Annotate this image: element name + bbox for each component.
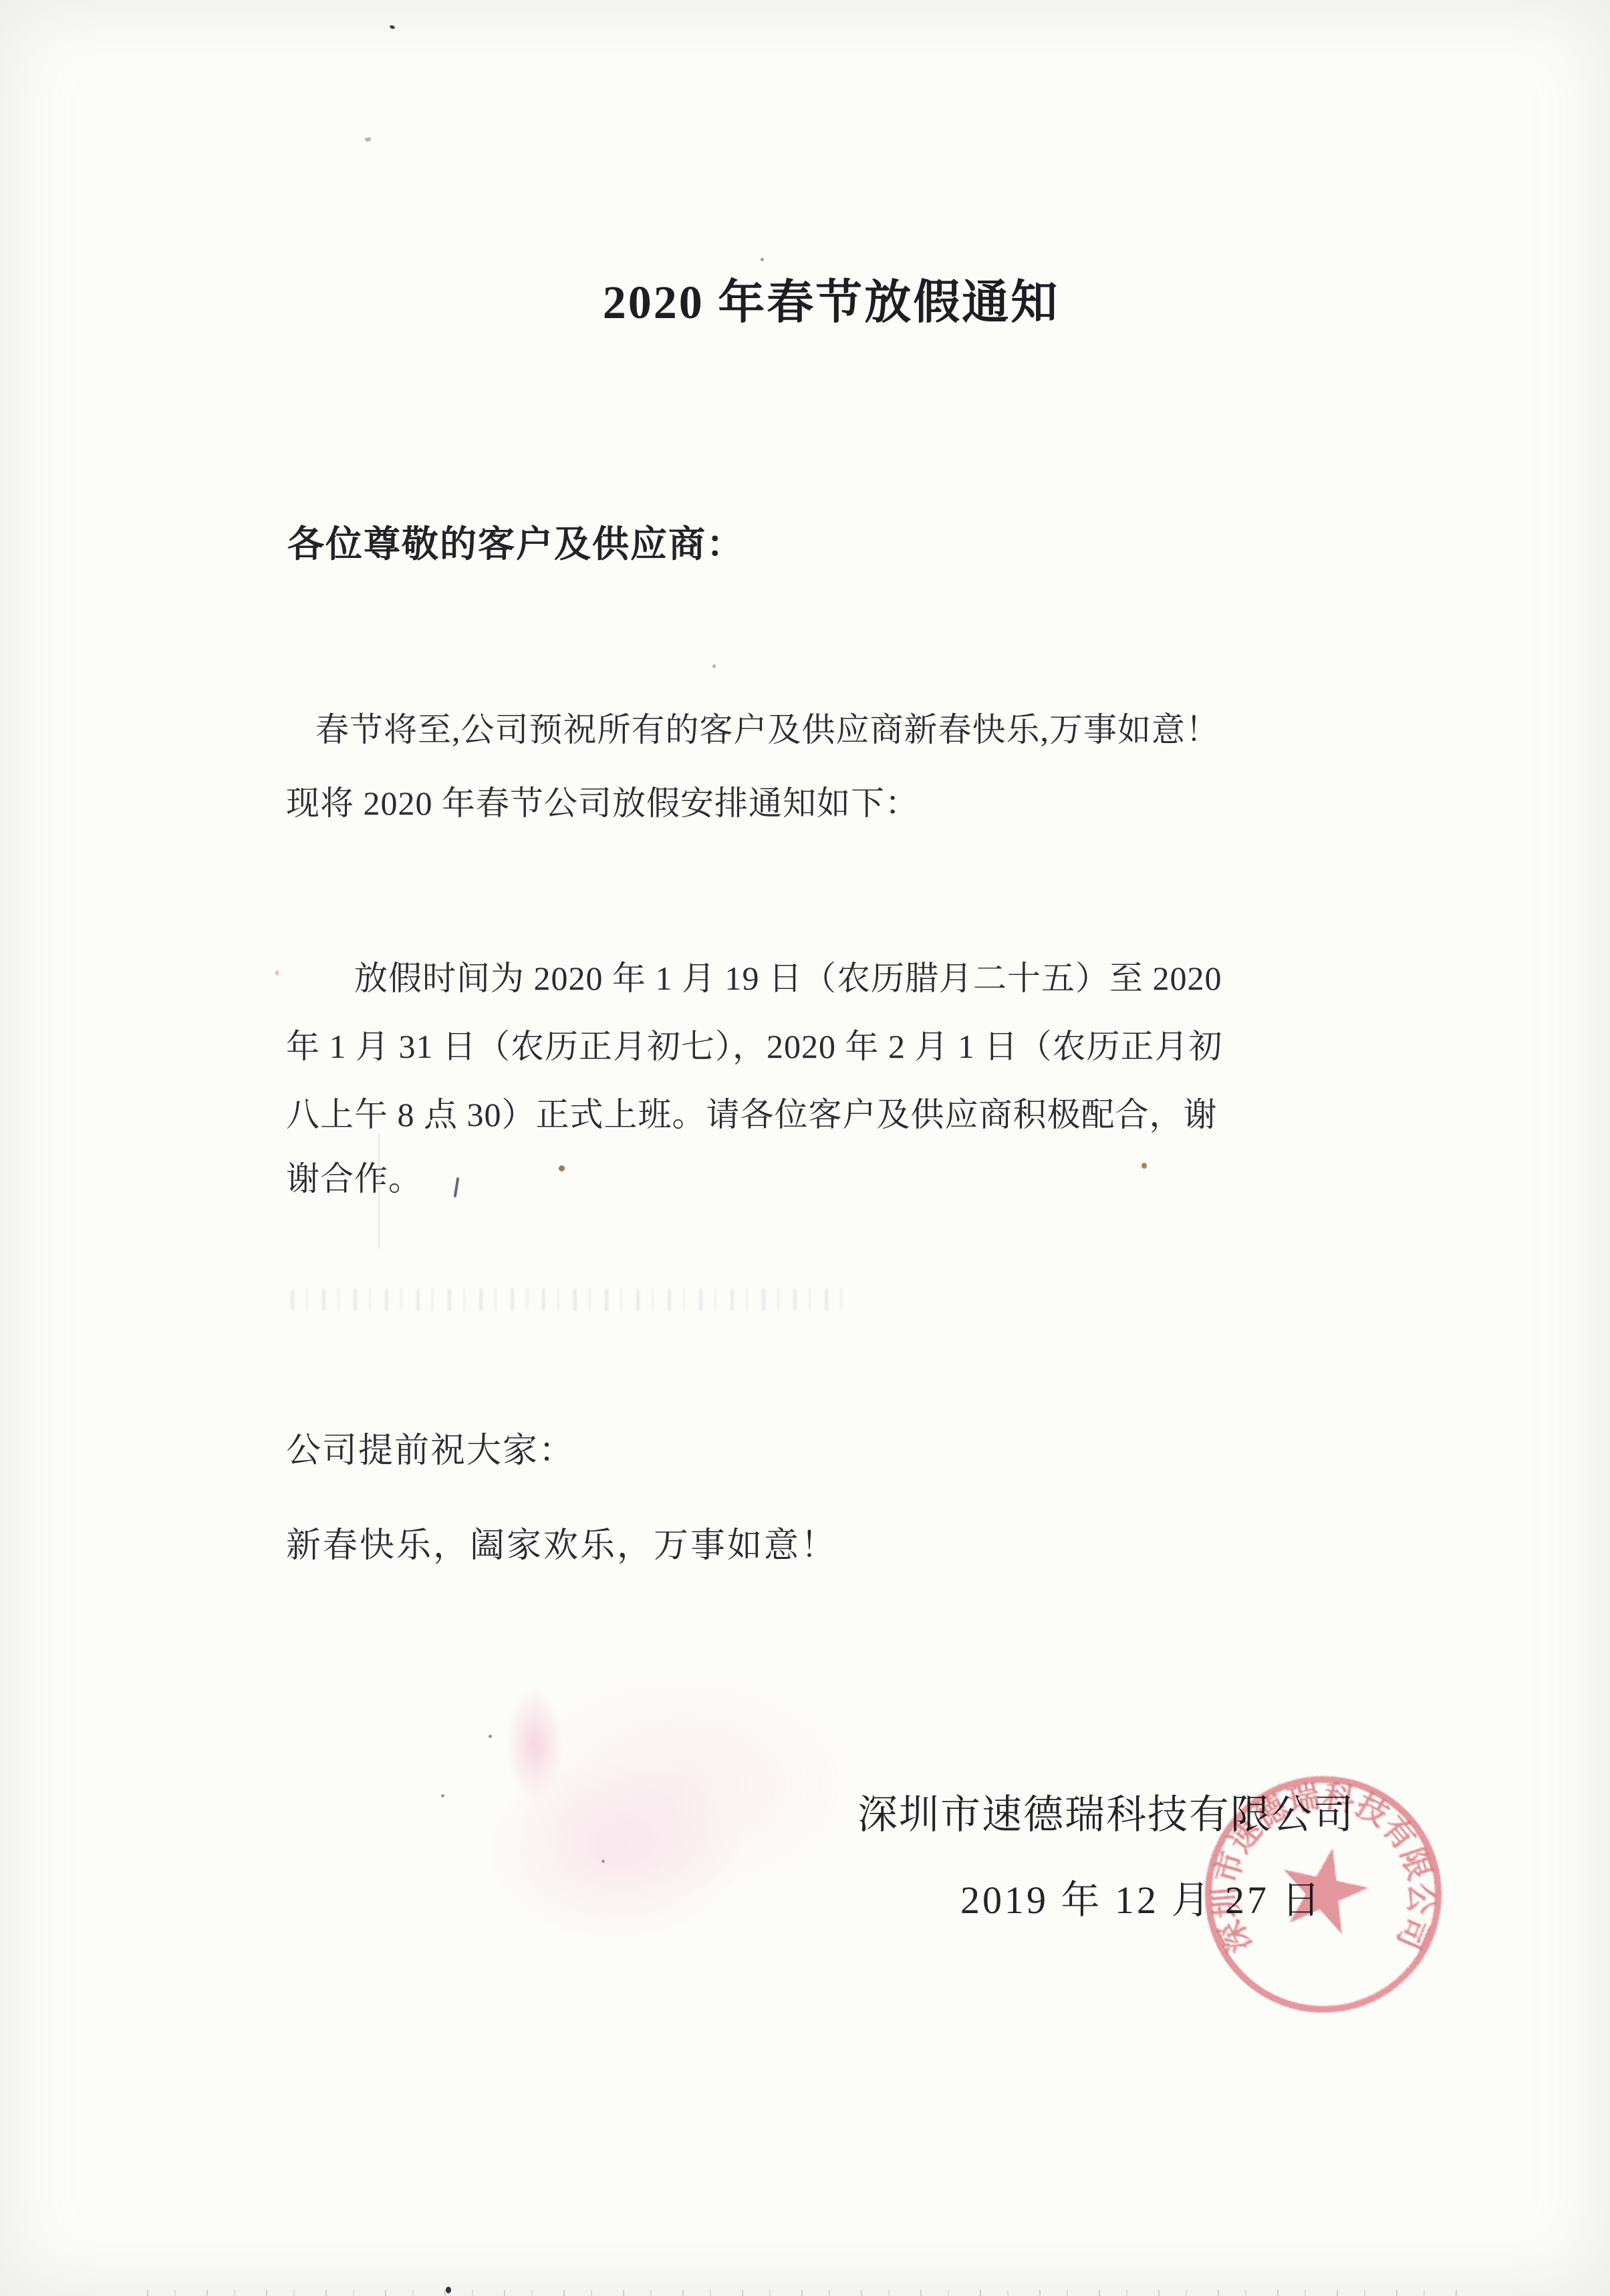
scan-speck — [1142, 1163, 1147, 1169]
scan-speck — [454, 1177, 460, 1197]
scan-speck — [601, 1860, 605, 1863]
pink-ink-smudge — [401, 1630, 909, 1945]
company-stamp: 深圳市速德瑞科技有限公司 — [1183, 1754, 1464, 2035]
paragraph2-line3: 八上午 8 点 30）正式上班。请各位客户及供应商积极配合，谢 — [286, 1088, 1218, 1136]
paragraph2-line2: 年 1 月 31 日（农历正月初七），2020 年 2 月 1 日（农历正月初 — [286, 1020, 1223, 1068]
closing-wish-line: 新春快乐，阖家欢乐，万事如意！ — [286, 1517, 837, 1567]
scan-speck — [559, 1165, 565, 1171]
scan-speck — [761, 258, 764, 261]
document-title: 2020 年春节放假通知 — [0, 265, 1610, 332]
scan-speck — [389, 25, 395, 29]
star-icon — [1273, 1839, 1375, 1937]
closing-intro-line: 公司提前祝大家： — [286, 1422, 575, 1472]
scan-speck — [712, 664, 716, 668]
scan-speck — [275, 970, 279, 976]
bottom-edge-noise — [147, 2290, 1457, 2296]
scan-speck — [441, 1794, 444, 1798]
paragraph1-line1: 春节将至,公司预祝所有的客户及供应商新春快乐,万事如意！ — [315, 703, 1220, 751]
paragraph1-line2: 现将 2020 年春节公司放假安排通知如下： — [286, 776, 919, 825]
paragraph2-line1: 放假时间为 2020 年 1 月 19 日（农历腊月二十五）至 2020 — [354, 952, 1222, 1000]
scan-speck — [365, 137, 372, 142]
erased-text-smudge — [291, 1288, 845, 1311]
scan-speck — [489, 1735, 492, 1738]
salutation-line: 各位尊敬的客户及供应商： — [287, 515, 745, 567]
paragraph2-line4: 谢合作。 — [286, 1152, 422, 1200]
paper-crease — [378, 1135, 380, 1248]
scanned-notice-page: 2020 年春节放假通知 各位尊敬的客户及供应商： 春节将至,公司预祝所有的客户… — [0, 0, 1610, 2296]
